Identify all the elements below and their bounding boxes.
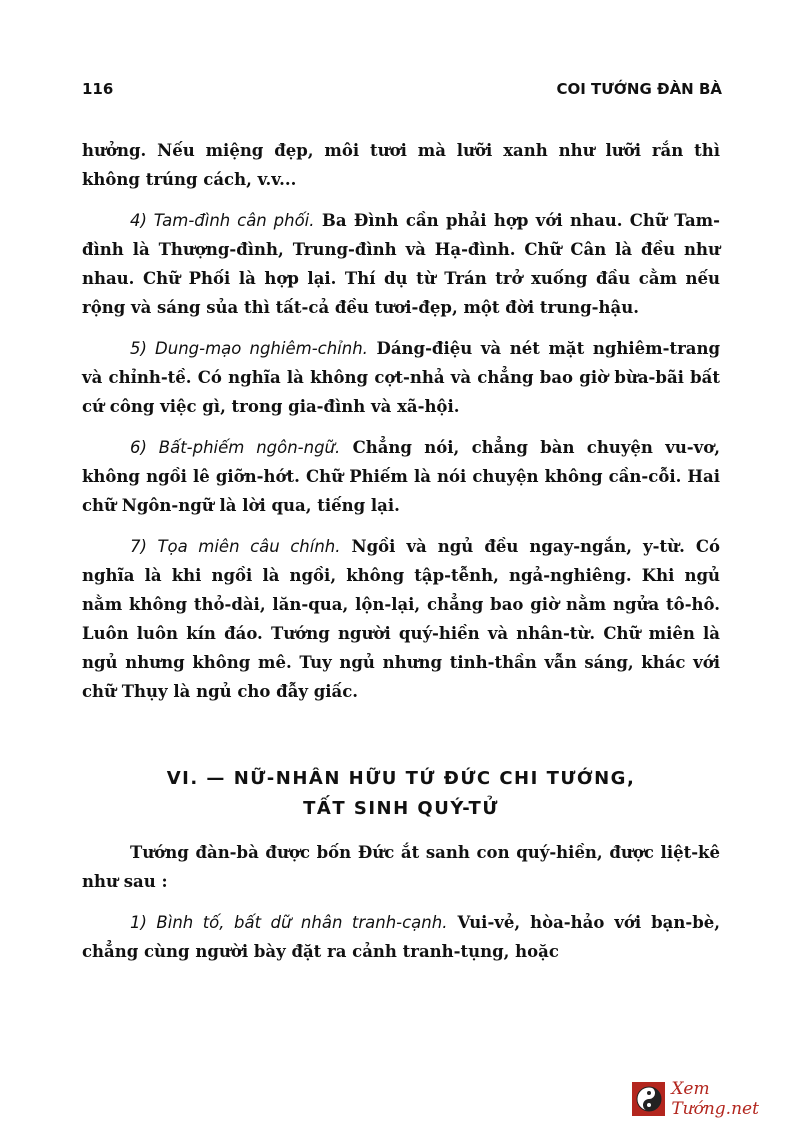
page-body: hưởng. Nếu miệng đẹp, môi tươi mà lưỡi x…	[82, 136, 720, 978]
item-title: 1) Bình tố, bất dữ nhân tranh-cạnh.	[130, 913, 447, 932]
item-title: 5) Dung-mạo nghiêm-chỉnh.	[130, 339, 368, 358]
paragraph: 5) Dung-mạo nghiêm-chỉnh. Dáng-điệu và n…	[82, 334, 720, 421]
item-title: 7) Tọa miên câu chính.	[130, 537, 341, 556]
yin-yang-icon	[632, 1082, 665, 1116]
paragraph: 1) Bình tố, bất dữ nhân tranh-cạnh. Vui-…	[82, 908, 720, 966]
section-heading: VI. — NỮ-NHÂN HỮU TỨ ĐỨC CHI TƯỚNG, TẤT …	[82, 764, 720, 824]
section-intro: Tướng đàn-bà được bốn Đức ắt sanh con qu…	[82, 838, 720, 896]
page-number: 116	[82, 80, 113, 98]
item-title: 6) Bất-phiếm ngôn-ngữ.	[130, 438, 340, 457]
paragraph: 7) Tọa miên câu chính. Ngồi và ngủ đều n…	[82, 532, 720, 706]
page-header: 116 COI TƯỚNG ĐÀN BÀ	[82, 80, 722, 98]
paragraph: hưởng. Nếu miệng đẹp, môi tươi mà lưỡi x…	[82, 136, 720, 194]
watermark-logo: Xem Tướng.net	[632, 1079, 800, 1119]
watermark-text: Xem Tướng.net	[671, 1079, 800, 1119]
item-title: 4) Tam-đình cân phối.	[130, 211, 315, 230]
running-title: COI TƯỚNG ĐÀN BÀ	[556, 80, 722, 98]
paragraph: 4) Tam-đình cân phối. Ba Đình cần phải h…	[82, 206, 720, 322]
book-page: 116 COI TƯỚNG ĐÀN BÀ hưởng. Nếu miệng đẹ…	[0, 0, 800, 1132]
paragraph: 6) Bất-phiếm ngôn-ngữ. Chẳng nói, chẳng …	[82, 433, 720, 520]
